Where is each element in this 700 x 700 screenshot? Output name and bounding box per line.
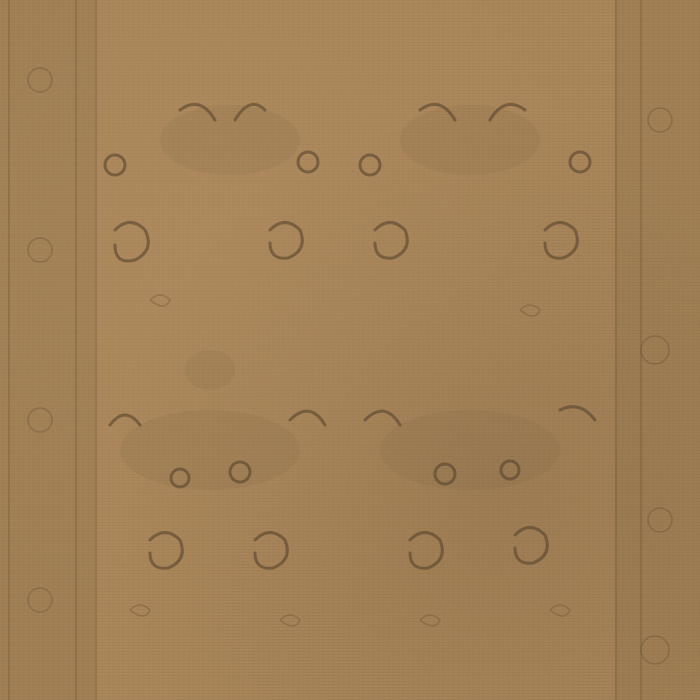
rug-motifs (0, 0, 700, 700)
rug-texture (0, 0, 700, 700)
